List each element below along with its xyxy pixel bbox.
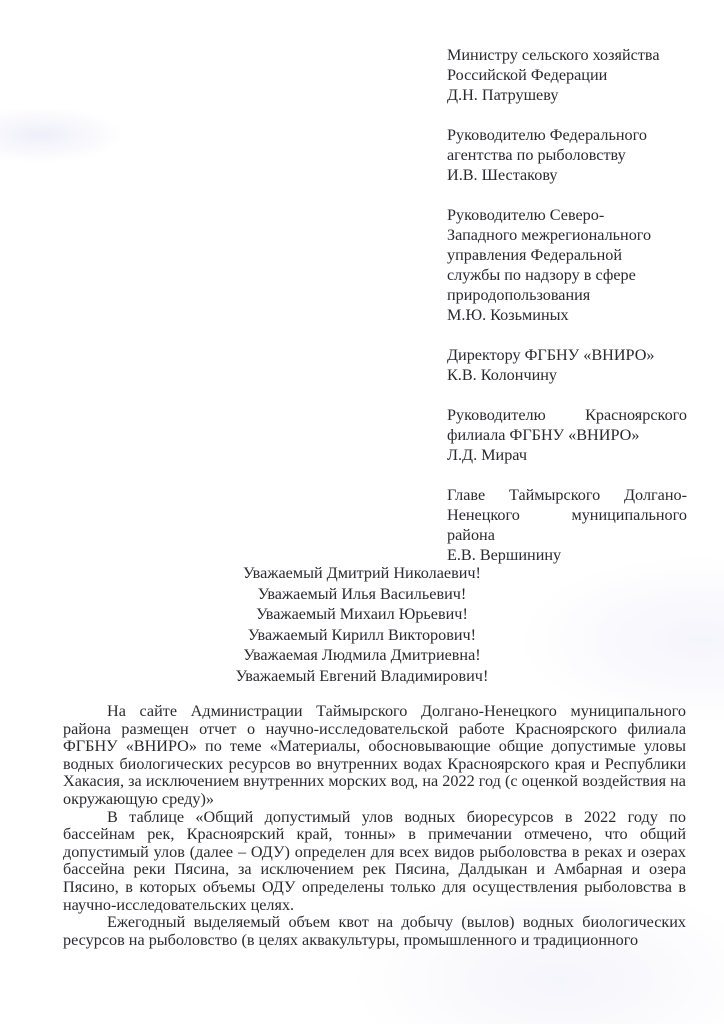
addressee-line: Руководителю Федерального — [447, 125, 687, 145]
addressee-line: Российской Федерации — [447, 65, 687, 85]
addressee-line: Западного межрегионального — [447, 225, 687, 245]
addressee-name: К.В. Колончину — [447, 365, 687, 385]
salutation-block: Уважаемый Дмитрий Николаевич! Уважаемый … — [0, 563, 724, 686]
addressee-fisheries-agency: Руководителю Федерального агентства по р… — [447, 125, 687, 185]
body-paragraph: В таблице «Общий допустимый улов водных … — [63, 809, 686, 915]
body-paragraph: На сайте Администрации Таймырского Долга… — [63, 703, 686, 809]
addressee-krasnoyarsk-branch: Руководителю Красноярского филиала ФГБНУ… — [447, 405, 687, 465]
addressee-rosprirodnadzor: Руководителю Северо- Западного межрегион… — [447, 205, 687, 325]
body-paragraph: Ежегодный выделяемый объем квот на добыч… — [63, 914, 686, 949]
salutation-line: Уважаемый Михаил Юрьевич! — [0, 604, 724, 625]
document-page: Министру сельского хозяйства Российской … — [0, 0, 724, 1024]
addressee-line: Директору ФГБНУ «ВНИРО» — [447, 345, 687, 365]
addressee-line: Руководителю Северо- — [447, 205, 687, 225]
salutation-line: Уважаемый Илья Васильевич! — [0, 584, 724, 605]
letter-body: На сайте Администрации Таймырского Долга… — [63, 703, 686, 949]
addressee-line: филиала ФГБНУ «ВНИРО» — [447, 425, 687, 445]
addressee-name: М.Ю. Козьминых — [447, 305, 687, 325]
addressee-vniro-director: Директору ФГБНУ «ВНИРО» К.В. Колончину — [447, 345, 687, 385]
addressee-block: Министру сельского хозяйства Российской … — [447, 45, 687, 585]
addressee-taimyr-head: Главе Таймырского Долгано- Ненецкого мун… — [447, 485, 687, 565]
addressee-name: Д.Н. Патрушеву — [447, 85, 687, 105]
addressee-line: Руководителю Красноярского — [447, 405, 687, 425]
salutation-line: Уважаемый Дмитрий Николаевич! — [0, 563, 724, 584]
addressee-minister-agriculture: Министру сельского хозяйства Российской … — [447, 45, 687, 105]
addressee-line: района — [447, 525, 687, 545]
addressee-line: природопользования — [447, 285, 687, 305]
addressee-name: И.В. Шестакову — [447, 165, 687, 185]
addressee-line: Министру сельского хозяйства — [447, 45, 687, 65]
addressee-line: службы по надзору в сфере — [447, 265, 687, 285]
addressee-line: Ненецкого муниципального — [447, 505, 687, 525]
addressee-line: Главе Таймырского Долгано- — [447, 485, 687, 505]
addressee-line: агентства по рыболовству — [447, 145, 687, 165]
addressee-name: Л.Д. Мирач — [447, 445, 687, 465]
addressee-name: Е.В. Вершинину — [447, 545, 687, 565]
addressee-line: управления Федеральной — [447, 245, 687, 265]
salutation-line: Уважаемый Кирилл Викторович! — [0, 625, 724, 646]
salutation-line: Уважаемый Евгений Владимирович! — [0, 666, 724, 687]
salutation-line: Уважаемая Людмила Дмитриевна! — [0, 645, 724, 666]
